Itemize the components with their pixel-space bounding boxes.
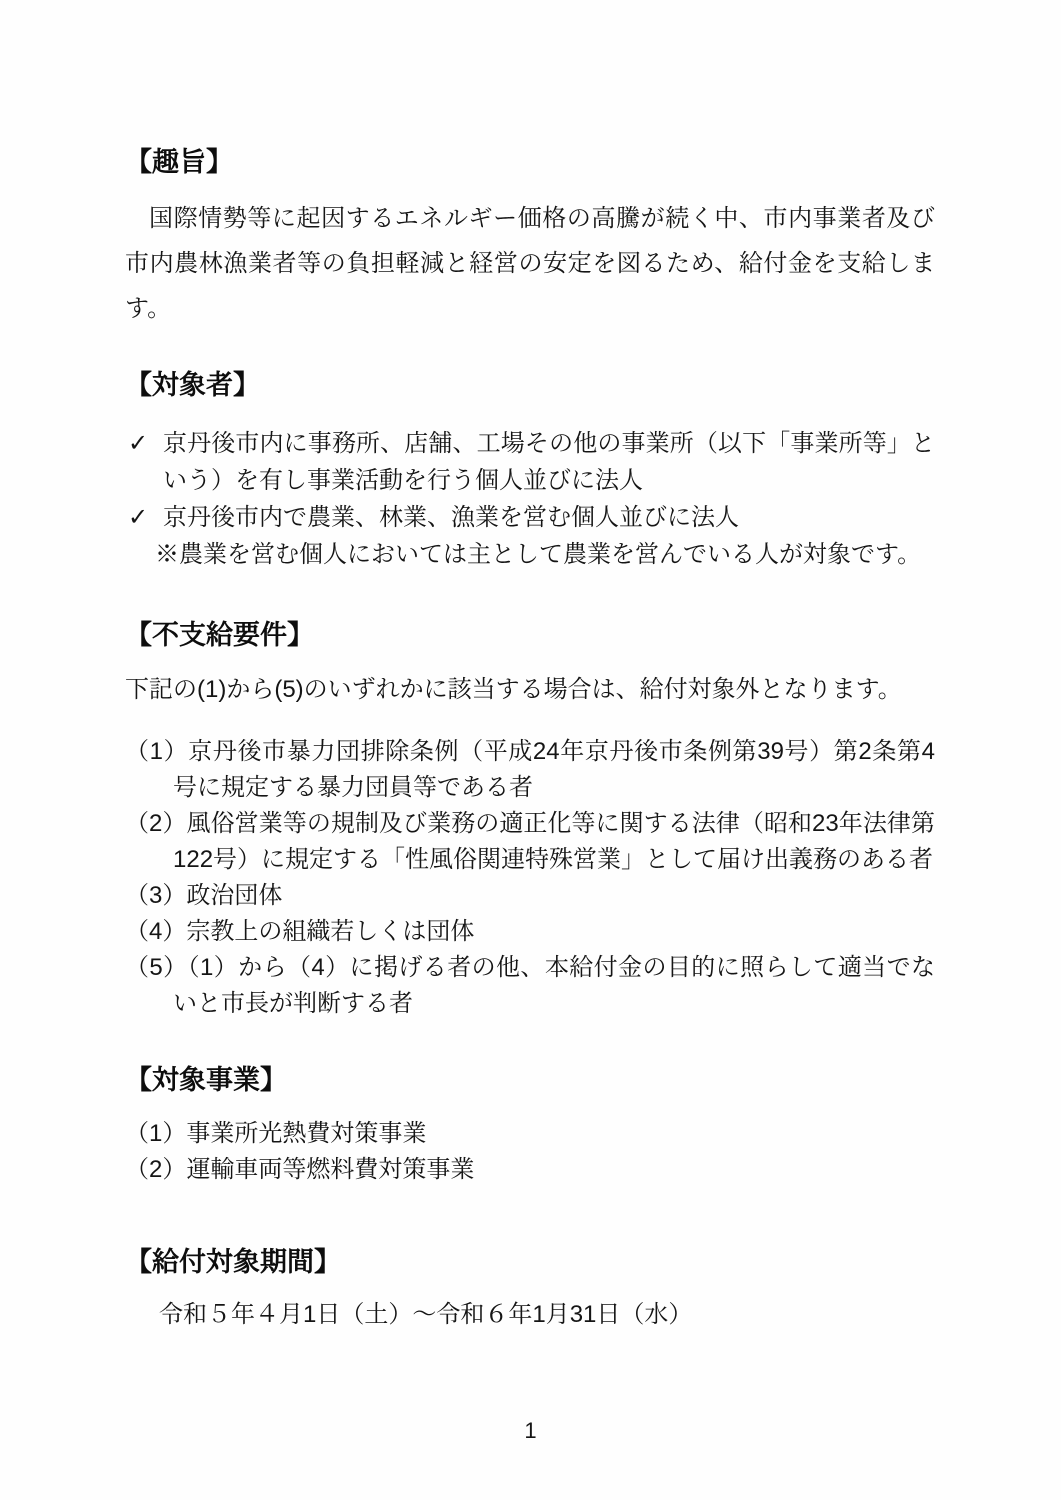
list-item-text: 京丹後市内で農業、林業、漁業を営む個人並びに法人 — [163, 504, 739, 531]
section-eligible: 【対象者】 ✓ 京丹後市内に事務所、店舗、工場その他の事業所（以下「事業所等」と… — [125, 369, 935, 573]
section-period: 【給付対象期間】 令和５年４月1日（土）～令和６年1月31日（水） — [125, 1246, 935, 1333]
rule-item: （4）宗教上の組織若しくは団体 — [125, 914, 935, 950]
business-item-text: 運輸車両等燃料費対策事業 — [186, 1156, 474, 1183]
business-item-text: 事業所光熱費対策事業 — [186, 1120, 426, 1147]
section-business: 【対象事業】 （1）事業所光熱費対策事業 （2）運輸車両等燃料費対策事業 — [125, 1064, 935, 1188]
rule-item-label: （4） — [125, 918, 186, 945]
document-content: 【趣旨】 国際情勢等に起因するエネルギー価格の高騰が続く中、市内事業者及び市内農… — [125, 146, 935, 1333]
exclusion-list: （1）京丹後市暴力団排除条例（平成24年京丹後市条例第39号）第2条第4号に規定… — [125, 734, 935, 1022]
business-item: （1）事業所光熱費対策事業 — [125, 1116, 935, 1152]
rule-item-text: 京丹後市暴力団排除条例（平成24年京丹後市条例第39号）第2条第4号に規定する暴… — [173, 738, 935, 801]
rule-item-label: （1） — [125, 738, 188, 765]
purpose-paragraph: 国際情勢等に起因するエネルギー価格の高騰が続く中、市内事業者及び市内農林漁業者等… — [125, 196, 935, 331]
rule-item-label: （2） — [125, 810, 187, 837]
rule-item-text: 宗教上の組織若しくは団体 — [186, 918, 474, 945]
period-heading: 【給付対象期間】 — [125, 1246, 935, 1278]
rule-item-label: （3） — [125, 882, 186, 909]
exclusion-intro: 下記の(1)から(5)のいずれかに該当する場合は、給付対象外となります。 — [125, 670, 935, 710]
rule-item-text: （1）から（4）に掲げる者の他、本給付金の目的に照らして適当でないと市長が判断す… — [173, 954, 935, 1017]
business-item-label: （2） — [125, 1156, 186, 1183]
document-page: 【趣旨】 国際情勢等に起因するエネルギー価格の高騰が続く中、市内事業者及び市内農… — [0, 0, 1061, 1500]
checkmark-icon: ✓ — [128, 499, 148, 536]
rule-item-text: 政治団体 — [186, 882, 282, 909]
page-number: 1 — [0, 1418, 1061, 1444]
section-exclusion: 【不支給要件】 下記の(1)から(5)のいずれかに該当する場合は、給付対象外とな… — [125, 619, 935, 1022]
rule-item-label: （5） — [125, 954, 188, 981]
business-heading: 【対象事業】 — [125, 1064, 935, 1096]
list-item: ✓ 京丹後市内で農業、林業、漁業を営む個人並びに法人 — [125, 499, 935, 536]
rule-item-text: 風俗営業等の規制及び業務の適正化等に関する法律（昭和23年法律第122号）に規定… — [173, 810, 935, 873]
business-list: （1）事業所光熱費対策事業 （2）運輸車両等燃料費対策事業 — [125, 1116, 935, 1188]
rule-item: （5）（1）から（4）に掲げる者の他、本給付金の目的に照らして適当でないと市長が… — [125, 950, 935, 1022]
purpose-heading: 【趣旨】 — [125, 146, 935, 178]
business-item-label: （1） — [125, 1120, 186, 1147]
rule-item: （2）風俗営業等の規制及び業務の適正化等に関する法律（昭和23年法律第122号）… — [125, 806, 935, 878]
eligible-heading: 【対象者】 — [125, 369, 935, 401]
eligible-note: ※農業を営む個人においては主として農業を営んでいる人が対象です。 — [125, 536, 935, 573]
rule-item: （3）政治団体 — [125, 878, 935, 914]
eligible-checklist: ✓ 京丹後市内に事務所、店舗、工場その他の事業所（以下「事業所等」という）を有し… — [125, 425, 935, 573]
period-value: 令和５年４月1日（土）～令和６年1月31日（水） — [159, 1297, 935, 1333]
checkmark-icon: ✓ — [128, 425, 148, 462]
list-item-text: 京丹後市内に事務所、店舗、工場その他の事業所（以下「事業所等」という）を有し事業… — [163, 430, 935, 494]
rule-item: （1）京丹後市暴力団排除条例（平成24年京丹後市条例第39号）第2条第4号に規定… — [125, 734, 935, 806]
list-item: ✓ 京丹後市内に事務所、店舗、工場その他の事業所（以下「事業所等」という）を有し… — [125, 425, 935, 499]
exclusion-heading: 【不支給要件】 — [125, 619, 935, 651]
business-item: （2）運輸車両等燃料費対策事業 — [125, 1152, 935, 1188]
section-purpose: 【趣旨】 国際情勢等に起因するエネルギー価格の高騰が続く中、市内事業者及び市内農… — [125, 146, 935, 331]
